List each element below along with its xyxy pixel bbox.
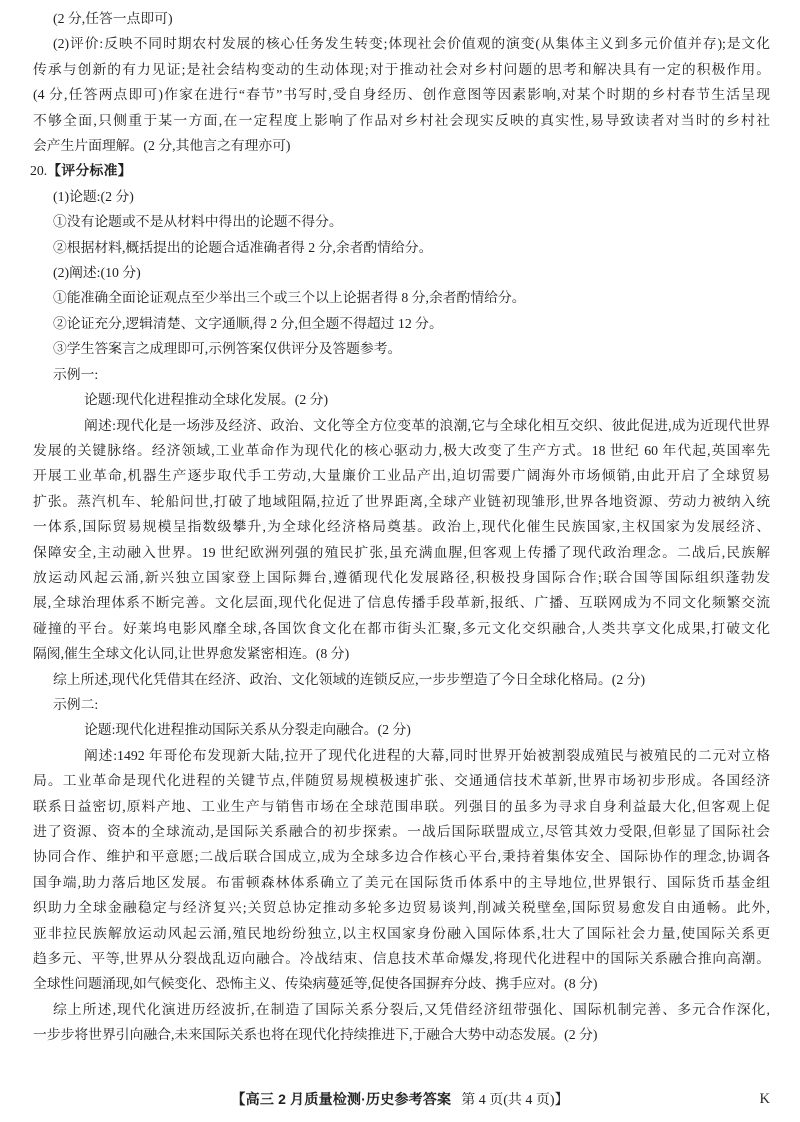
footer-version-code: K [760,1086,770,1112]
line-text: (2 分,任答一点即可) [53,11,173,26]
line-text: (1)论题:(2 分) [53,189,134,204]
text-line: 综上所述,现代化凭借其在经济、政治、文化领域的连锁反应,一步步塑造了今日全球化格… [33,667,770,692]
line-text: 一体系,国际贸易规模呈指数级攀升,为全球化经济格局奠基。政治上,现代化催生民族国… [33,519,770,534]
item-number: 20. [30,163,47,178]
line-text: 论题:现代化进程推动全球化发展。(2 分) [84,392,328,407]
text-line: ②论证充分,逻辑清楚、文字通顺,得 2 分,但全题不得超过 12 分。 [33,311,770,336]
line-text: 示例二: [53,697,98,712]
line-text: ①没有论题或不是从材料中得出的论题不得分。 [53,214,343,229]
line-text: (2)评价:反映不同时期农村发展的核心任务发生转变;体现社会价值观的演变(从集体… [53,36,770,51]
text-line: ③学生答案言之成理即可,示例答案仅供评分及答题参考。 [33,336,770,361]
line-text: 隔阂,催生全球文化认同,让世界愈发紧密相连。(8 分) [33,646,349,661]
text-line: 局。工业革命是现代化进程的关键节点,伴随贸易规模极速扩张、交通通信技术革新,世界… [33,768,770,793]
line-text: 开展工业革命,机器生产逐步取代手工劳动,大量廉价工业品产出,迫切需要广阔海外市场… [33,468,770,483]
footer-exam-title: 【高三 2 月质量检测·历史参考答案 [231,1091,451,1107]
line-text: 织助力全球金融稳定与经济复兴;关贸总协定推动多轮多边贸易谈判,削减关税壁垒,国际… [33,900,770,915]
text-line: 扩张。蒸汽机车、轮船问世,打破了地域阻隔,拉近了世界距离,全球产业链初现雏形,世… [33,489,770,514]
line-text: 国争端,助力落后地区发展。布雷顿森林体系确立了美元在国际货币体系中的主导地位,世… [33,875,770,890]
text-line: ①能准确全面论证观点至少举出三个或三个以上论据者得 8 分,余者酌情给分。 [33,285,770,310]
text-line: 全球性问题涌现,如气候变化、恐怖主义、传染病蔓延等,促使各国摒弃分歧、携手应对。… [33,971,770,996]
text-line: 保障安全,主动融入世界。19 世纪欧洲列强的殖民扩张,虽充满血腥,但客观上传播了… [33,540,770,565]
line-text: 阐述:1492 年哥伦布发现新大陆,拉开了现代化进程的大幕,同时世界开始被割裂成… [84,748,770,763]
text-line: 会产生片面理解。(2 分,其他言之有理亦可) [33,133,770,158]
text-line: 隔阂,催生全球文化认同,让世界愈发紧密相连。(8 分) [33,641,770,666]
text-line: 论题:现代化进程推动全球化发展。(2 分) [33,387,770,412]
line-text: ②论证充分,逻辑清楚、文字通顺,得 2 分,但全题不得超过 12 分。 [53,316,443,331]
section-heading: 【评分标准】 [47,163,132,178]
line-text: 一步步将世界引向融合,未来国际关系也将在现代化持续推进下,于融合大势中动态发展。… [33,1027,598,1042]
line-text: 保障安全,主动融入世界。19 世纪欧洲列强的殖民扩张,虽充满血腥,但客观上传播了… [33,545,770,560]
text-line: 示例一: [33,362,770,387]
answer-text-block: (2 分,任答一点即可)(2)评价:反映不同时期农村发展的核心任务发生转变;体现… [33,6,770,1048]
line-text: 协同合作、维护和平意愿;二战后联合国成立,成为全球多边合作核心平台,秉持着集体安… [33,849,770,864]
line-text: 示例一: [53,367,98,382]
line-text: 不够全面,只侧重于某一方面,在一定程度上影响了作品对乡村社会现实反映的真实性,易… [33,113,770,128]
text-line: (2 分,任答一点即可) [33,6,770,31]
text-line: 传承与创新的有力见证;是社会结构变动的生动体现;对于推动社会对乡村问题的思考和解… [33,57,770,82]
line-text: 论题:现代化进程推动国际关系从分裂走向融合。(2 分) [84,722,411,737]
text-line: 发展的关键脉络。经济领域,工业革命作为现代化的核心驱动力,极大改变了生产方式。1… [33,438,770,463]
line-text: 展,全球治理体系不断完善。文化层面,现代化促进了信息传播手段革新,报纸、广播、互… [33,595,770,610]
line-text: 放运动风起云涌,新兴独立国家登上国际舞台,遵循现代化发展路径,积极投身国际合作;… [33,570,770,585]
line-text: (4 分,任答两点即可)作家在进行“春节”书写时,受自身经历、创作意图等因素影响… [33,87,770,102]
line-text: 全球性问题涌现,如气候变化、恐怖主义、传染病蔓延等,促使各国摒弃分歧、携手应对。… [33,976,598,991]
line-text: 扩张。蒸汽机车、轮船问世,打破了地域阻隔,拉近了世界距离,全球产业链初现雏形,世… [33,494,770,509]
text-line: ①没有论题或不是从材料中得出的论题不得分。 [33,209,770,234]
line-text: 局。工业革命是现代化进程的关键节点,伴随贸易规模极速扩张、交通通信技术革新,世界… [33,773,770,788]
line-text: ③学生答案言之成理即可,示例答案仅供评分及答题参考。 [53,341,401,356]
line-text: 发展的关键脉络。经济领域,工业革命作为现代化的核心驱动力,极大改变了生产方式。1… [33,443,770,458]
text-line: 展,全球治理体系不断完善。文化层面,现代化促进了信息传播手段革新,报纸、广播、互… [33,590,770,615]
text-line: 20.【评分标准】 [30,158,770,183]
footer-page-number: 第 4 页(共 4 页)】 [461,1093,568,1108]
text-line: 碰撞的平台。好莱坞电影风靡全球,各国饮食文化在都市街头汇聚,多元文化交织融合,人… [33,616,770,641]
line-text: 联系日益密切,原料产地、工业生产与销售市场在全球范围串联。列强目的虽多为寻求自身… [33,799,770,814]
text-line: 织助力全球金融稳定与经济复兴;关贸总协定推动多轮多边贸易谈判,削减关税壁垒,国际… [33,895,770,920]
text-line: ②根据材料,概括提出的论题合适准确者得 2 分,余者酌情给分。 [33,235,770,260]
text-line: 趋多元、平等,世界从分裂战乱迈向融合。冷战结束、信息技术革命爆发,将现代化进程中… [33,946,770,971]
text-line: 联系日益密切,原料产地、工业生产与销售市场在全球范围串联。列强目的虽多为寻求自身… [33,794,770,819]
text-line: 进了资源、资本的全球流动,是国际关系融合的初步探索。一战后国际联盟成立,尽管其效… [33,819,770,844]
text-line: 阐述:1492 年哥伦布发现新大陆,拉开了现代化进程的大幕,同时世界开始被割裂成… [33,743,770,768]
text-line: (2)评价:反映不同时期农村发展的核心任务发生转变;体现社会价值观的演变(从集体… [33,31,770,56]
text-line: 不够全面,只侧重于某一方面,在一定程度上影响了作品对乡村社会现实反映的真实性,易… [33,108,770,133]
page-footer: 【高三 2 月质量检测·历史参考答案第 4 页(共 4 页)】 K [0,1086,800,1112]
text-line: 示例二: [33,692,770,717]
line-text: 进了资源、资本的全球流动,是国际关系融合的初步探索。一战后国际联盟成立,尽管其效… [33,824,770,839]
line-text: 碰撞的平台。好莱坞电影风靡全球,各国饮食文化在都市街头汇聚,多元文化交织融合,人… [33,621,770,636]
text-line: 一体系,国际贸易规模呈指数级攀升,为全球化经济格局奠基。政治上,现代化催生民族国… [33,514,770,539]
line-text: 趋多元、平等,世界从分裂战乱迈向融合。冷战结束、信息技术革命爆发,将现代化进程中… [33,951,770,966]
text-line: 一步步将世界引向融合,未来国际关系也将在现代化持续推进下,于融合大势中动态发展。… [33,1022,770,1047]
text-line: 阐述:现代化是一场涉及经济、政治、文化等全方位变革的浪潮,它与全球化相互交织、彼… [33,413,770,438]
text-line: (1)论题:(2 分) [33,184,770,209]
text-line: (4 分,任答两点即可)作家在进行“春节”书写时,受自身经历、创作意图等因素影响… [33,82,770,107]
text-line: 协同合作、维护和平意愿;二战后联合国成立,成为全球多边合作核心平台,秉持着集体安… [33,844,770,869]
text-line: 综上所述,现代化演进历经波折,在制造了国际关系分裂后,又凭借经济纽带强化、国际机… [33,997,770,1022]
line-text: ①能准确全面论证观点至少举出三个或三个以上论据者得 8 分,余者酌情给分。 [53,290,526,305]
line-text: 综上所述,现代化凭借其在经济、政治、文化领域的连锁反应,一步步塑造了今日全球化格… [53,672,645,687]
answer-key-page: (2 分,任答一点即可)(2)评价:反映不同时期农村发展的核心任务发生转变;体现… [0,0,800,1122]
text-line: 开展工业革命,机器生产逐步取代手工劳动,大量廉价工业品产出,迫切需要广阔海外市场… [33,463,770,488]
line-text: 亚非拉民族解放运动风起云涌,殖民地纷纷独立,以主权国家身份融入国际体系,壮大了国… [33,926,770,941]
text-line: 放运动风起云涌,新兴独立国家登上国际舞台,遵循现代化发展路径,积极投身国际合作;… [33,565,770,590]
text-line: (2)阐述:(10 分) [33,260,770,285]
line-text: 会产生片面理解。(2 分,其他言之有理亦可) [33,138,291,153]
line-text: 阐述:现代化是一场涉及经济、政治、文化等全方位变革的浪潮,它与全球化相互交织、彼… [84,418,770,433]
line-text: (2)阐述:(10 分) [53,265,141,280]
text-line: 国争端,助力落后地区发展。布雷顿森林体系确立了美元在国际货币体系中的主导地位,世… [33,870,770,895]
text-line: 论题:现代化进程推动国际关系从分裂走向融合。(2 分) [33,717,770,742]
line-text: 传承与创新的有力见证;是社会结构变动的生动体现;对于推动社会对乡村问题的思考和解… [33,62,770,77]
line-text: ②根据材料,概括提出的论题合适准确者得 2 分,余者酌情给分。 [53,240,432,255]
line-text: 综上所述,现代化演进历经波折,在制造了国际关系分裂后,又凭借经济纽带强化、国际机… [53,1002,770,1017]
text-line: 亚非拉民族解放运动风起云涌,殖民地纷纷独立,以主权国家身份融入国际体系,壮大了国… [33,921,770,946]
